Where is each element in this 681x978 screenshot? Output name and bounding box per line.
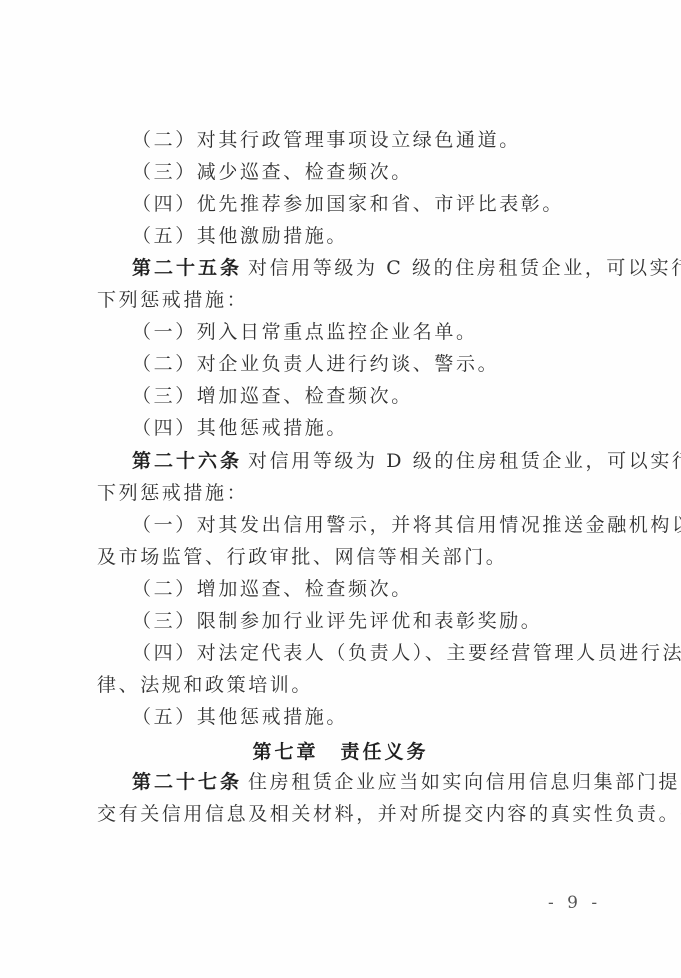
article-26-item-1-line-2: 及市场监管、行政审批、网信等相关部门。 xyxy=(97,545,597,569)
article-27-text: 住房租赁企业应当如实向信用信息归集部门提 xyxy=(248,771,680,793)
article-25-item-3: （三）增加巡查、检查频次。 xyxy=(132,384,632,408)
article-26-text: 对信用等级为 D 级的住房租赁企业，可以实行 xyxy=(248,450,681,472)
article-27-second-line: 交有关信用信息及相关材料，并对所提交内容的真实性负责。住 xyxy=(97,802,597,826)
chapter-heading: 第七章责任义务 xyxy=(0,737,681,764)
article-25-item-4: （四）其他惩戒措施。 xyxy=(132,416,632,440)
item-recommend-awards: （四）优先推荐参加国家和省、市评比表彰。 xyxy=(132,192,632,216)
article-25-number: 第二十五条 xyxy=(132,257,242,279)
article-25-item-1: （一）列入日常重点监控企业名单。 xyxy=(132,320,632,344)
page-number: - 9 - xyxy=(548,893,601,913)
article-26-item-2: （二）增加巡查、检查频次。 xyxy=(132,577,632,601)
article-26-item-4-line-2: 律、法规和政策培训。 xyxy=(97,673,597,697)
article-26-number: 第二十六条 xyxy=(132,450,242,472)
article-25-second-line: 下列惩戒措施： xyxy=(97,288,597,312)
chapter-title: 责任义务 xyxy=(341,741,429,763)
article-26-item-4-line-1: （四）对法定代表人（负责人）、主要经营管理人员进行法 xyxy=(132,641,632,665)
article-26-item-5: （五）其他惩戒措施。 xyxy=(132,705,632,729)
item-other-incentives: （五）其他激励措施。 xyxy=(132,224,632,248)
article-27-number: 第二十七条 xyxy=(132,771,242,793)
article-26-item-1-line-1: （一）对其发出信用警示，并将其信用情况推送金融机构以 xyxy=(132,513,632,537)
article-25-first-line: 第二十五条对信用等级为 C 级的住房租赁企业，可以实行 xyxy=(132,256,632,280)
article-25-text: 对信用等级为 C 级的住房租赁企业，可以实行 xyxy=(248,257,681,279)
document-page: （二）对其行政管理事项设立绿色通道。 （三）减少巡查、检查频次。 （四）优先推荐… xyxy=(0,0,681,978)
article-27-first-line: 第二十七条住房租赁企业应当如实向信用信息归集部门提 xyxy=(132,770,632,794)
chapter-number: 第七章 xyxy=(252,741,318,763)
article-25-item-2: （二）对企业负责人进行约谈、警示。 xyxy=(132,352,632,376)
article-26-item-3: （三）限制参加行业评先评优和表彰奖励。 xyxy=(132,609,632,633)
item-reduce-inspection: （三）减少巡查、检查频次。 xyxy=(132,160,632,184)
article-26-first-line: 第二十六条对信用等级为 D 级的住房租赁企业，可以实行 xyxy=(132,449,632,473)
article-26-second-line: 下列惩戒措施： xyxy=(97,481,597,505)
item-green-channel: （二）对其行政管理事项设立绿色通道。 xyxy=(132,128,632,152)
